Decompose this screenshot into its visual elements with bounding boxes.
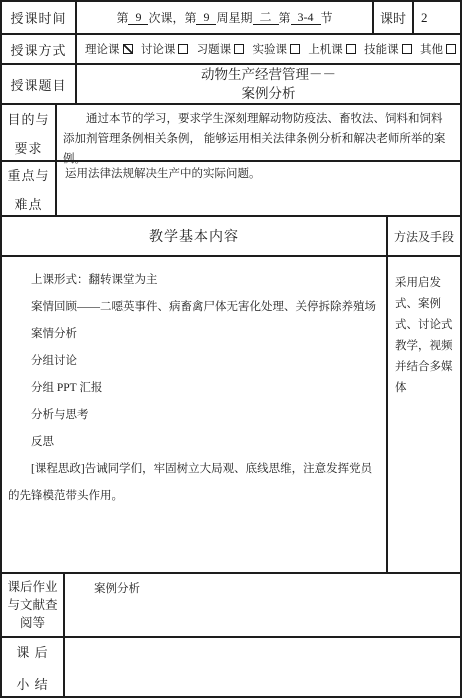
row-summary: 课 后 小 结 xyxy=(2,638,460,696)
content-line-2: 案情分析 xyxy=(8,321,380,348)
teaching-time-label: 授课时间 xyxy=(2,2,77,33)
purpose-label: 目的与 要求 xyxy=(2,105,57,160)
content-header-label: 教学基本内容 xyxy=(2,217,388,255)
unchecked-checkbox-icon[interactable] xyxy=(346,44,356,54)
method-option-0: 理论课 xyxy=(85,41,133,57)
row-content-body: 上课形式：翻转课堂为主案情回顾——二噁英事件、病畜禽尸体无害化处理、关停拆除养殖… xyxy=(2,257,460,574)
schedule-mid2: 周星期 xyxy=(216,9,252,26)
schedule-prefix2: 第 xyxy=(184,9,196,26)
row-keypoints: 重点与 难点 运用法律法规解决生产中的实际问题。 xyxy=(2,162,460,217)
keypoints-label: 重点与 难点 xyxy=(2,162,57,215)
method-option-3: 实验课 xyxy=(252,41,300,57)
homework-label: 课后作业 与文献查 阅等 xyxy=(2,574,65,636)
unchecked-checkbox-icon[interactable] xyxy=(402,44,412,54)
row-homework: 课后作业 与文献查 阅等 案例分析 xyxy=(2,574,460,638)
summary-text xyxy=(65,638,460,696)
content-line-1: 案情回顾——二噁英事件、病畜禽尸体无害化处理、关停拆除养殖场 xyxy=(8,294,380,321)
weekday-value: 二 xyxy=(253,11,279,25)
unchecked-checkbox-icon[interactable] xyxy=(234,44,244,54)
keypoints-label-line1: 重点与 xyxy=(7,165,49,184)
summary-label: 课 后 小 结 xyxy=(2,638,65,696)
lesson-plan-sheet: 授课时间 第 9 次课， 第 9 周星期 二 第 3-4 节 课时 2 授课方式… xyxy=(0,0,462,698)
checked-checkbox-icon[interactable] xyxy=(123,44,133,54)
homework-label-line3: 阅等 xyxy=(20,614,45,632)
lesson-number-value: 9 xyxy=(128,11,148,25)
method-option-label: 习题课 xyxy=(197,41,232,57)
content-line-3: 分组讨论 xyxy=(8,348,380,375)
methods-header-label: 方法及手段 xyxy=(388,217,460,255)
content-line-5: 分析与思考 xyxy=(8,402,380,429)
method-option-1: 讨论课 xyxy=(141,41,189,57)
unchecked-checkbox-icon[interactable] xyxy=(446,44,456,54)
summary-label-line1: 课 后 xyxy=(16,642,48,661)
homework-text: 案例分析 xyxy=(65,574,460,636)
row-teaching-time: 授课时间 第 9 次课， 第 9 周星期 二 第 3-4 节 课时 2 xyxy=(2,2,460,35)
summary-label-line2: 小 结 xyxy=(16,674,48,693)
method-option-label: 讨论课 xyxy=(141,41,176,57)
method-option-4: 上机课 xyxy=(308,41,356,57)
method-option-label: 实验课 xyxy=(252,41,287,57)
content-line-4: 分组 PPT 汇报 xyxy=(8,375,380,402)
method-option-5: 技能课 xyxy=(364,41,412,57)
purpose-text: 通过本节的学习，要求学生深刻理解动物防疫法、畜牧法、饲料和饲料添加剂管理条例相关… xyxy=(57,105,460,160)
schedule-mid1: 次课， xyxy=(148,9,184,26)
purpose-label-line2: 要求 xyxy=(14,138,42,157)
unchecked-checkbox-icon[interactable] xyxy=(178,44,188,54)
method-option-2: 习题课 xyxy=(197,41,245,57)
row-purpose: 目的与 要求 通过本节的学习，要求学生深刻理解动物防疫法、畜牧法、饲料和饲料添加… xyxy=(2,105,460,162)
topic-label: 授课题目 xyxy=(2,65,77,103)
content-line-0: 上课形式：翻转课堂为主 xyxy=(8,267,380,294)
teaching-method-options: 理论课讨论课习题课实验课上机课技能课其他 xyxy=(77,35,460,63)
schedule-suffix: 节 xyxy=(321,9,333,26)
topic-title-line2: 案例分析 xyxy=(242,84,296,103)
keypoints-text: 运用法律法规解决生产中的实际问题。 xyxy=(57,162,460,215)
unchecked-checkbox-icon[interactable] xyxy=(290,44,300,54)
content-lines: 上课形式：翻转课堂为主案情回顾——二噁英事件、病畜禽尸体无害化处理、关停拆除养殖… xyxy=(2,257,388,572)
method-option-label: 理论课 xyxy=(85,41,120,57)
week-number-value: 9 xyxy=(196,11,216,25)
homework-label-line1: 课后作业 xyxy=(7,578,57,596)
method-option-label: 其他 xyxy=(420,41,443,57)
keypoints-label-line2: 难点 xyxy=(14,194,42,213)
methods-text: 采用启发式、案例式、讨论式教学，视频并结合多媒体 xyxy=(388,257,460,572)
method-option-label: 技能课 xyxy=(364,41,399,57)
row-topic: 授课题目 动物生产经营管理－－ 案例分析 xyxy=(2,65,460,105)
method-option-label: 上机课 xyxy=(308,41,343,57)
row-teaching-method: 授课方式 理论课讨论课习题课实验课上机课技能课其他 xyxy=(2,35,460,65)
topic-title: 动物生产经营管理－－ 案例分析 xyxy=(77,65,460,103)
schedule-text: 第 9 次课， 第 9 周星期 二 第 3-4 节 xyxy=(77,2,372,33)
purpose-label-line1: 目的与 xyxy=(7,109,49,128)
method-option-6: 其他 xyxy=(420,41,456,57)
periods-value: 3-4 xyxy=(291,11,321,25)
content-line-7: [课程思政]告诫同学们，牢固树立大局观、底线思维，注意发挥党员的先锋模范带头作用… xyxy=(8,456,380,510)
teaching-method-label: 授课方式 xyxy=(2,35,77,63)
class-hours-value: 2 xyxy=(412,2,460,33)
schedule-prefix1: 第 xyxy=(116,9,128,26)
topic-title-line1: 动物生产经营管理－－ xyxy=(201,65,336,84)
row-content-header: 教学基本内容 方法及手段 xyxy=(2,217,460,257)
content-line-6: 反思 xyxy=(8,429,380,456)
class-hours-label: 课时 xyxy=(372,2,412,33)
homework-label-line2: 与文献查 xyxy=(7,596,57,614)
schedule-prefix3: 第 xyxy=(279,9,291,26)
